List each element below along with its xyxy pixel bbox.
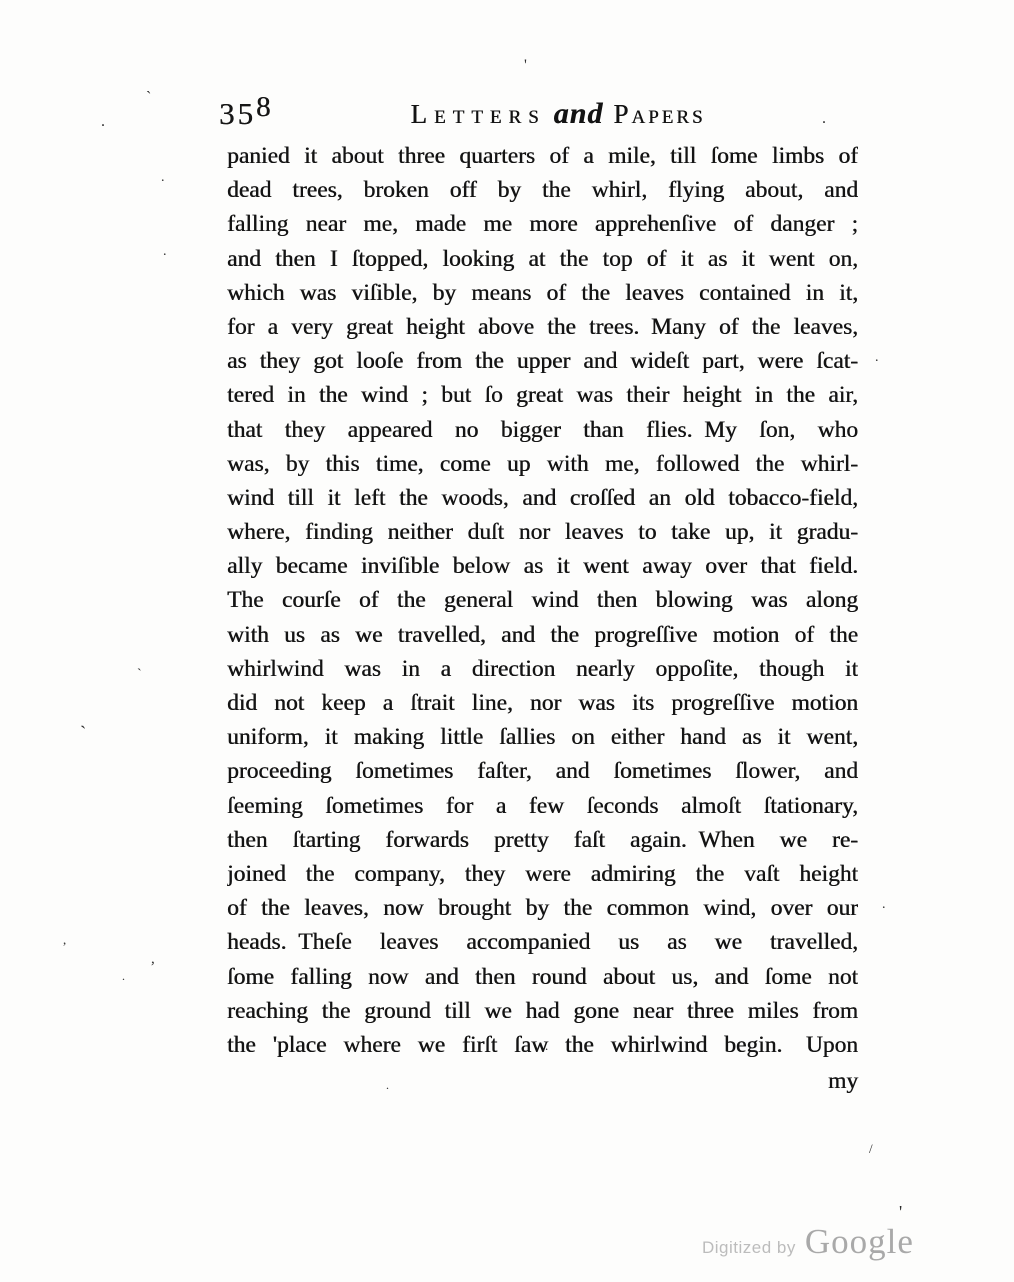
text-line: uniform, it making little ſallies on eit… <box>227 720 858 754</box>
page-number-raised-digit: 8 <box>256 91 274 123</box>
ink-speck: , <box>63 933 66 946</box>
ink-speck: . <box>161 171 165 185</box>
digitized-by-google-watermark: Digitized by Google <box>702 1222 914 1262</box>
running-title-papers: Papers <box>613 99 705 129</box>
text-line: that they appeared no bigger than flies.… <box>227 413 858 447</box>
ink-speck: . <box>163 245 167 259</box>
text-line: where, finding neither duſt nor leaves t… <box>227 515 858 549</box>
ink-speck: ` <box>137 668 142 682</box>
ink-speck: . <box>822 111 826 127</box>
text-line: whirlwind was in a direction nearly oppo… <box>227 652 858 686</box>
running-title-and: and <box>554 97 604 130</box>
ink-speck: / <box>869 1142 873 1155</box>
text-line: ally became inviſible below as it went a… <box>227 549 858 583</box>
text-line: ſome falling now and then round about us… <box>227 960 858 994</box>
text-line: of the leaves, now brought by the common… <box>227 891 858 925</box>
text-line: did not keep a ſtrait line, nor was its … <box>227 686 858 720</box>
text-line: the 'place where we firſt ſaw the whirlw… <box>227 1028 858 1062</box>
catchword: my <box>227 1062 858 1098</box>
text-line: for a very great height above the trees.… <box>227 310 858 344</box>
ink-speck: , <box>151 952 155 967</box>
google-logo-text: Google <box>805 1222 914 1262</box>
text-line: ſeeming ſometimes for a few ſeconds almo… <box>227 789 858 823</box>
text-line: The courſe of the general wind then blow… <box>227 583 858 617</box>
text-line: panied it about three quarters of a mile… <box>227 139 858 173</box>
ink-speck: . <box>875 351 879 365</box>
text-line: heads. Theſe leaves accompanied us as we… <box>227 925 858 959</box>
text-line: was, by this time, come up with me, foll… <box>227 447 858 481</box>
text-line: tered in the wind ; but ſo great was the… <box>227 378 858 412</box>
ink-speck: . <box>882 898 886 912</box>
ink-speck: . <box>101 114 105 130</box>
text-line: proceeding ſometimes faſter, and ſometim… <box>227 754 858 788</box>
text-line: joined the company, they were admiring t… <box>227 857 858 891</box>
ink-speck: ` <box>80 724 86 743</box>
running-title-letters: Letters <box>411 99 546 129</box>
ink-speck: . <box>122 970 125 982</box>
ink-speck: ' <box>524 58 527 74</box>
text-line: with us as we travelled, and the progreſ… <box>227 618 858 652</box>
watermark-prefix-text: Digitized by <box>702 1238 796 1258</box>
text-line: as they got looſe from the upper and wid… <box>227 344 858 378</box>
text-column: panied it about three quarters of a mile… <box>227 139 858 1098</box>
ink-speck: ` <box>146 90 151 106</box>
text-line: reaching the ground till we had gone nea… <box>227 994 858 1028</box>
page-number: 358 <box>219 96 274 133</box>
scanned-book-page: 358 LettersandPapers panied it about thr… <box>0 0 1014 1282</box>
text-line: wind till it left the woods, and croſſed… <box>227 481 858 515</box>
text-line: falling near me, made me more apprehenſi… <box>227 207 858 241</box>
running-title: LettersandPapers <box>411 95 706 133</box>
page-number-main: 35 <box>219 96 256 131</box>
text-line: and then I ſtopped, looking at the top o… <box>227 242 858 276</box>
text-line: then ſtarting forwards pretty faſt again… <box>227 823 858 857</box>
text-line: which was viſible, by means of the leave… <box>227 276 858 310</box>
text-line: dead trees, broken off by the whirl, fly… <box>227 173 858 207</box>
ink-speck: ' <box>899 1203 902 1221</box>
